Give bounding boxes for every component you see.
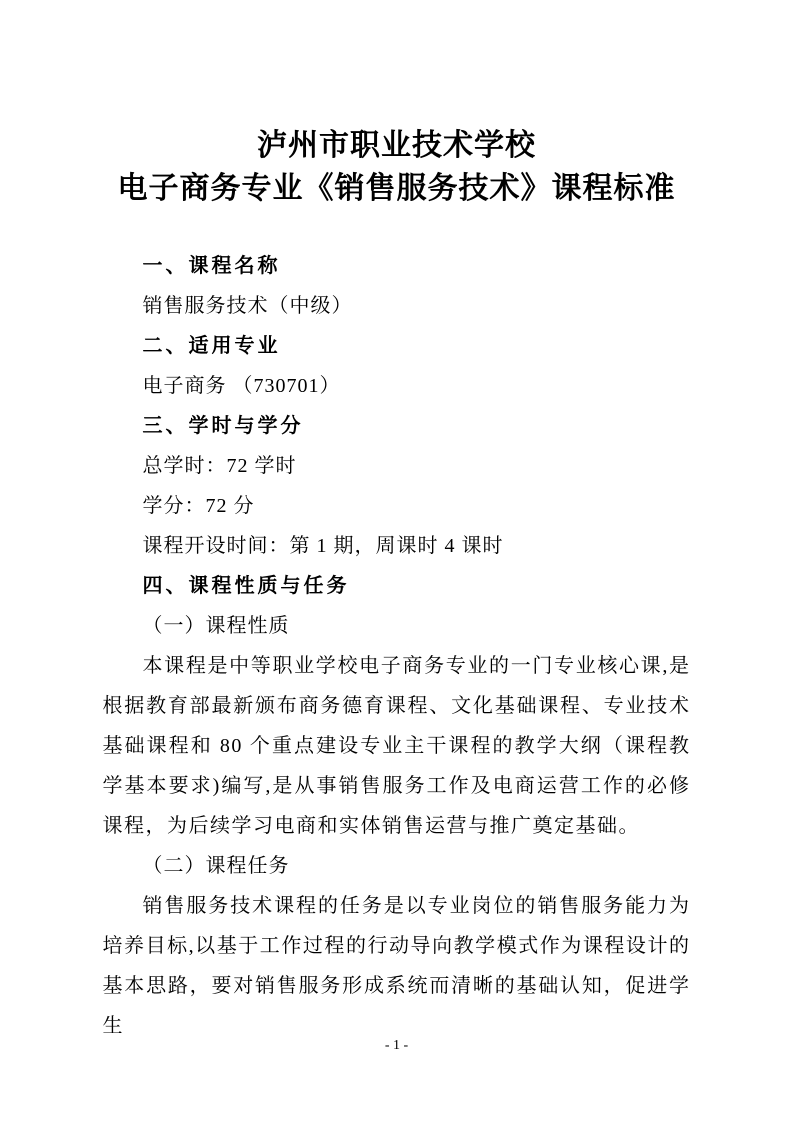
- document-title: 泸州市职业技术学校 电子商务专业《销售服务技术》课程标准: [0, 0, 793, 210]
- schedule-line: 课程开设时间：第 1 期，周课时 4 课时: [103, 526, 691, 566]
- course-nature-paragraph: 本课程是中等职业学校电子商务专业的一门专业核心课,是根据教育部最新颁布商务德育课…: [103, 646, 691, 846]
- course-task-paragraph: 销售服务技术课程的任务是以专业岗位的销售服务能力为培养目标,以基于工作过程的行动…: [103, 886, 691, 1046]
- section-4-heading: 四、课程性质与任务: [103, 566, 691, 606]
- subsection-1-heading: （一）课程性质: [103, 606, 691, 646]
- section-3-heading: 三、学时与学分: [103, 406, 691, 446]
- page-number: - 1 -: [385, 1038, 408, 1053]
- page-footer: - 1 -: [0, 1036, 793, 1056]
- section-1-heading: 一、课程名称: [103, 246, 691, 286]
- applicable-major-value: 电子商务 （730701）: [103, 366, 691, 406]
- credits-line: 学分：72 分: [103, 486, 691, 526]
- subsection-2-heading: （二）课程任务: [103, 846, 691, 886]
- section-2-heading: 二、适用专业: [103, 326, 691, 366]
- title-line-1: 泸州市职业技术学校: [0, 124, 793, 167]
- document-page: 泸州市职业技术学校 电子商务专业《销售服务技术》课程标准 一、课程名称 销售服务…: [0, 0, 793, 1122]
- title-line-2: 电子商务专业《销售服务技术》课程标准: [0, 167, 793, 210]
- document-body: 一、课程名称 销售服务技术（中级） 二、适用专业 电子商务 （730701） 三…: [103, 246, 691, 1046]
- total-hours-line: 总学时：72 学时: [103, 446, 691, 486]
- course-name-value: 销售服务技术（中级）: [103, 286, 691, 326]
